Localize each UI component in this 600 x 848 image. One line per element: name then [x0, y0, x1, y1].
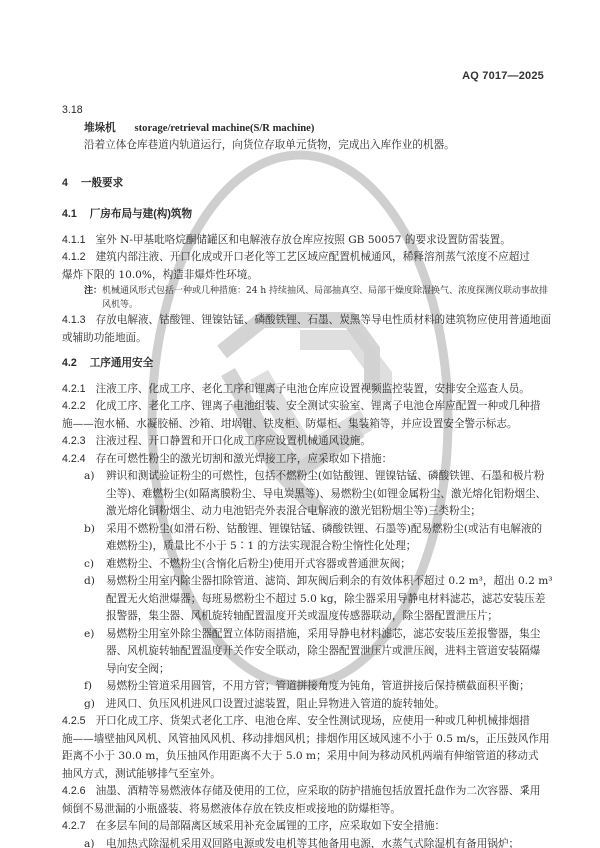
standard-id: AQ 7017—2025 — [462, 70, 544, 82]
term-en: storage/retrieval machine(S/R machine) — [135, 123, 315, 134]
term-cn: 堆垛机 — [84, 122, 116, 134]
list-item-c: c) 难燃粉尘、不燃粉尘(含惰化后粉尘)使用开式容器或普通泄灰阀； — [62, 556, 532, 574]
clause-4-1-3: 4.1.3存放电解液、钴酸锂、锂镍钴锰、磷酸铁锂、石墨、炭黑等导电性质材料的建筑… — [62, 312, 532, 330]
clause-number: 3.18 — [62, 102, 532, 120]
list-item-a: a) 电加热式除湿机采用双回路电源或发电机等其他备用电源，水蒸气式除湿机有备用锅… — [62, 836, 532, 848]
clause-4-2-1: 4.2.1注液工序、化成工序、老化工序和锂离子电池仓库应设置视频监控装置，安排安… — [62, 381, 532, 399]
clause-4-2-3: 4.2.3注液过程、开口静置和开口化成工序应设置机械通风设施。 — [62, 433, 532, 451]
term-heading: 堆垛机 storage/retrieval machine(S/R machin… — [62, 120, 532, 138]
clause-4-1-1: 4.1.1室外 N-甲基吡咯烷酮储罐区和电解液存放仓库应按照 GB 50057 … — [62, 232, 532, 250]
document-page: AQ 7017—2025 3.18 堆垛机 storage/retrieval … — [0, 0, 600, 848]
list-item-a: a) 辨识和测试验证粉尘的可燃性，包括不燃粉尘(如钴酸锂、锂镍钴锰、磷酸铁锂、石… — [62, 468, 532, 521]
clause-4-1-3-cont: 或辅助功能地面。 — [62, 330, 532, 348]
clause-4-2-5: 4.2.5开口化成工序、货架式老化工序、电池仓库、安全性测试现场，应使用一种或几… — [62, 713, 532, 731]
list-item-f: f) 易燃粉尘管道采用圆管，不用方管；管道拼接角度为钝角，管道拼接后保持横截面积… — [62, 678, 532, 696]
document-body: 3.18 堆垛机 storage/retrieval machine(S/R m… — [62, 102, 532, 848]
list-item-b: b) 采用不燃粉尘(如滑石粉、钴酸锂、锂镍钴锰、磷酸铁锂、石墨等)配易燃粉尘(或… — [62, 521, 532, 556]
clause-4-2-4: 4.2.4存在可燃性粉尘的激光切割和激光焊接工序，应采取如下措施： — [62, 451, 532, 469]
clause-4-2-2-cont: 施——泡水桶、水凝胶桶、沙箱、坩埚钳、铁皮柜、防爆柜、集装箱等，并应设置安全警示… — [62, 416, 532, 434]
clause-4-2-2: 4.2.2化成工序、老化工序、锂离子电池组装、安全测试实验室、锂离子电池仓库应配… — [62, 398, 532, 416]
term-definition: 沿着立体仓库巷道内轨道运行，向货位存取单元货物，完成出入库作业的机器。 — [62, 137, 532, 155]
clause-4-1-2-cont: 爆炸下限的 10.0%，构造非爆炸性环境。 — [62, 267, 532, 285]
note: 注： 机械通风形式包括一种或几种措施：24 h 持续抽风、局部抽真空、局部干燥度… — [62, 284, 532, 312]
list-item-d: d) 易燃粉尘用室内除尘器扣除管道、滤筒、卸灰阀后剩余的有效体积不超过 0.2 … — [62, 573, 532, 626]
section-heading: 4 一般要求 — [62, 175, 532, 193]
clause-4-2-6: 4.2.6油墨、酒精等易燃液体存储及使用的工位，应采取的防护措施包括放置托盘作为… — [62, 783, 532, 801]
list-item-g: g) 进风口、负压风机进风口设置过滤装置，阻止异物进入管道的旋转轴处。 — [62, 696, 532, 714]
clause-4-1-2: 4.1.2建筑内部注液、开口化成或开口老化等工艺区域应配置机械通风，稀释溶剂蒸气… — [62, 249, 532, 267]
subsection-heading: 4.1 厂房布局与建(构)筑物 — [62, 206, 532, 224]
subsection-heading: 4.2 工序通用安全 — [62, 355, 532, 373]
list-item-e: e) 易燃粉尘用室外除尘器配置立体防雨措施，采用导静电材料滤芯，滤芯安装压差报警… — [62, 626, 532, 679]
clause-4-2-7: 4.2.7在多层车间的局部隔离区域采用补充金属锂的工序，应采取如下安全措施： — [62, 818, 532, 836]
